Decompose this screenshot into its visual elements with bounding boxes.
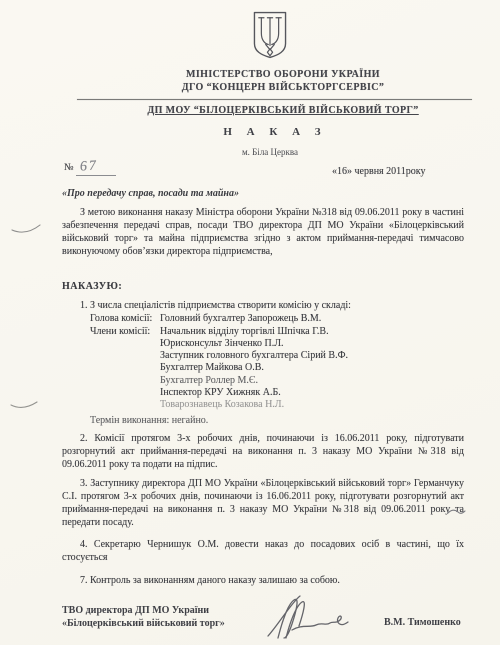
commission-head-value: Головний бухгалтер Запорожець В.М.: [160, 312, 321, 325]
order-title: Н А К А З: [75, 126, 475, 138]
item-1-intro: 1. З числа спеціалістів підприємства ств…: [80, 299, 470, 312]
order-date: «16» червня 2011року: [332, 165, 462, 178]
scan-mark-icon: [447, 507, 467, 517]
order-number-handwritten: 67: [80, 159, 99, 173]
signer-position-line1: ТВО директора ДП МО України: [62, 604, 209, 617]
item-3-paragraph: 3. Заступнику директора ДП МО України «Б…: [62, 477, 464, 529]
preamble-paragraph: З метою виконання наказу Міністра оборон…: [62, 206, 464, 258]
enterprise-name: ДП МОУ “БІЛОЦЕРКІВСЬКИЙ ВІЙСЬКОВИЙ ТОРГ”: [83, 104, 483, 117]
item-7-paragraph: 7. Контроль за виконанням даного наказу …: [62, 574, 464, 587]
item-4-paragraph: 4. Секретарю Чернишук О.М. довести наказ…: [62, 538, 464, 564]
handwritten-signature-icon: [262, 592, 354, 640]
command-heading: НАКАЗУЮ:: [62, 280, 122, 293]
commission-member: Товарознавець Козакова Н.Л.: [160, 398, 284, 411]
order-number-block: № 67: [64, 160, 116, 176]
signer-position-line2: «Білоцерківський військовий торг»: [62, 617, 225, 630]
commission-members-label: Члени комісії:: [90, 325, 150, 338]
letterhead-divider: [77, 99, 472, 100]
commission-member: Бухгалтер Майкова О.В.: [160, 361, 264, 374]
item-2-paragraph: 2. Комісії протягом 3-х робочих днів, по…: [62, 432, 464, 471]
scan-mark-icon: [9, 399, 39, 411]
concern-name: ДГО “КОНЦЕРН ВІЙСЬКТОРГСЕРВІС”: [83, 81, 483, 94]
order-subject: «Про передачу справ, посади та майна»: [62, 188, 464, 199]
scanned-order-document: МІНІСТЕРСТВО ОБОРОНИ УКРАЇНИ ДГО “КОНЦЕР…: [0, 0, 500, 645]
order-number-label: №: [64, 162, 74, 173]
signer-name: В.М. Тимошенко: [384, 617, 461, 628]
scan-mark-icon: [10, 223, 42, 235]
order-city: м. Біла Церква: [70, 147, 470, 157]
commission-head-label: Голова комісії:: [90, 312, 152, 325]
trident-coat-of-arms-icon: [251, 10, 289, 60]
ministry-name: МІНІСТЕРСТВО ОБОРОНИ УКРАЇНИ: [83, 68, 483, 81]
item-1-deadline: Термін виконання: негайно.: [90, 414, 208, 427]
order-number-line: 67: [76, 160, 116, 176]
